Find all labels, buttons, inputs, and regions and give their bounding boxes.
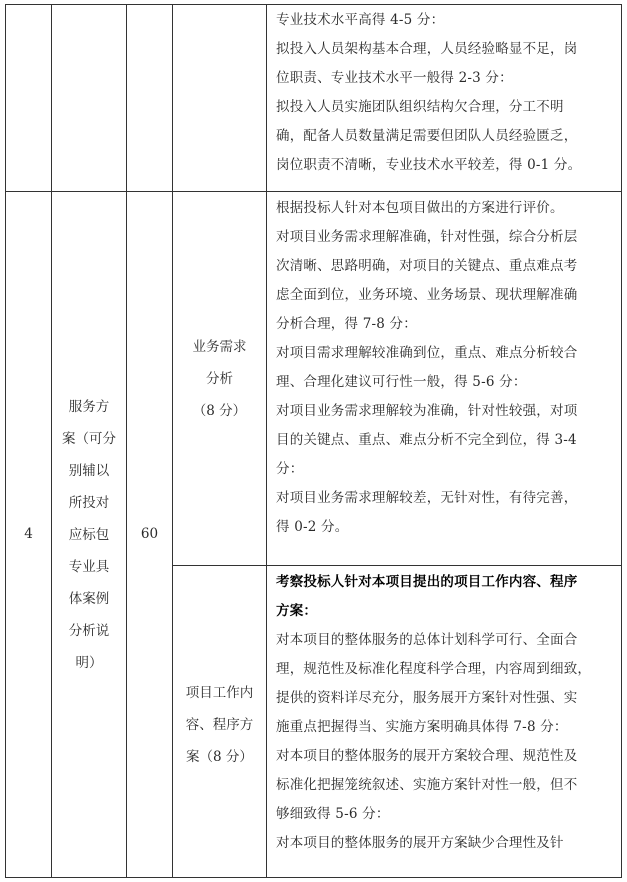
scoring-table: 专业技术水平高得 4-5 分： 拟投入人员架构基本合理，人员经验略显不足，岗 位… (5, 4, 622, 878)
subitem-name-line: 案（8 分） (173, 741, 266, 773)
category-line: 专业具 (62, 551, 116, 583)
row-index: 4 (24, 520, 33, 549)
category-line: 明） (62, 647, 116, 679)
criteria-line: 虑全面到位，业务环境、业务场景、现状理解准确 (276, 281, 615, 310)
subitem-name: 业务需求 分析 （8 分） (193, 331, 247, 427)
row-index-cell: 4 (6, 192, 51, 877)
criteria-line: 理，规范性及标准化程度科学合理，内容周到细致， (276, 655, 615, 684)
criteria-heading-line: 方案： (276, 597, 615, 626)
subitem-name: 项目工作内 容、程序方 案（8 分） (173, 677, 266, 773)
criteria-line: 位职责、专业技术水平一般得 2-3 分： (276, 64, 615, 93)
criteria-line: 理、合理化建议可行性一般，得 5-6 分： (276, 368, 615, 397)
criteria-line: 次清晰、思路明确，对项目的关键点、重点难点考 (276, 252, 615, 281)
criteria-line: 对项目业务需求理解准确，针对性强，综合分析层 (276, 223, 615, 252)
column-divider (266, 5, 267, 877)
criteria-line: 专业技术水平高得 4-5 分： (276, 6, 615, 35)
continuation-criteria-cell: 专业技术水平高得 4-5 分： 拟投入人员架构基本合理，人员经验略显不足，岗 位… (268, 5, 621, 191)
subitem-name-line: 分析 (193, 363, 247, 395)
criteria-line: 够细致得 5-6 分： (276, 800, 615, 829)
criteria-line: 标准化把握笼统叙述、实施方案针对性一般，但不 (276, 771, 615, 800)
criteria-line: 拟投入人员架构基本合理，人员经验略显不足，岗 (276, 35, 615, 64)
subitem-name-line: 项目工作内 (173, 677, 266, 709)
score-value: 60 (141, 520, 158, 549)
sub-row-divider (172, 565, 621, 566)
criteria-line: 拟投入人员实施团队组织结构欠合理，分工不明 (276, 93, 615, 122)
subitem-name-line: （8 分） (193, 395, 247, 427)
category-line: 分析说 (62, 615, 116, 647)
subitem-criteria-cell: 根据投标人针对本包项目做出的方案进行评价。 对项目业务需求理解准确，针对性强，综… (268, 193, 621, 565)
category-line: 案（可分 (62, 423, 116, 455)
criteria-line: 分析合理，得 7-8 分： (276, 310, 615, 339)
criteria-line: 对项目业务需求理解较为准确，针对性较强，对项 (276, 397, 615, 426)
criteria-line: 对项目业务需求理解较差，无针对性，有待完善， (276, 484, 615, 513)
criteria-line: 目的关键点、重点、难点分析不完全到位，得 3-4 (276, 426, 615, 455)
criteria-heading-line: 考察投标人针对本项目提出的项目工作内容、程序 (276, 568, 615, 597)
subitem-name-cell: 项目工作内 容、程序方 案（8 分） (173, 567, 266, 877)
category-line: 所投对 (62, 487, 116, 519)
criteria-line: 岗位职责不清晰，专业技术水平较差，得 0-1 分。 (276, 151, 615, 180)
criteria-line: 对本项目的整体服务的展开方案缺少合理性及针 (276, 829, 615, 858)
criteria-line: 确，配备人员数量满足需要但团队人员经验匮乏， (276, 122, 615, 151)
criteria-line: 施重点把握得当、实施方案明确具体得 7-8 分： (276, 713, 615, 742)
category-line: 服务方 (62, 391, 116, 423)
category-name: 服务方 案（可分 别辅以 所投对 应标包 专业具 体案例 分析说 明） (62, 391, 116, 679)
criteria-line: 对本项目的整体服务的展开方案较合理、规范性及 (276, 742, 615, 771)
category-cell: 服务方 案（可分 别辅以 所投对 应标包 专业具 体案例 分析说 明） (52, 192, 126, 877)
subitem-name-cell: 业务需求 分析 （8 分） (173, 192, 266, 565)
subitem-criteria-cell: 考察投标人针对本项目提出的项目工作内容、程序 方案： 对本项目的整体服务的总体计… (268, 567, 621, 877)
criteria-line: 分： (276, 455, 615, 484)
criteria-line: 对项目需求理解较准确到位，重点、难点分析较合 (276, 339, 615, 368)
criteria-line: 提供的资料详尽充分，服务展开方案针对性强、实 (276, 684, 615, 713)
subitem-name-line: 业务需求 (193, 331, 247, 363)
category-line: 别辅以 (62, 455, 116, 487)
subitem-name-line: 容、程序方 (173, 709, 266, 741)
criteria-line: 根据投标人针对本包项目做出的方案进行评价。 (276, 194, 615, 223)
criteria-line: 得 0-2 分。 (276, 513, 615, 542)
criteria-line: 对本项目的整体服务的总体计划科学可行、全面合 (276, 626, 615, 655)
score-cell: 60 (127, 192, 172, 877)
category-line: 体案例 (62, 583, 116, 615)
category-line: 应标包 (62, 519, 116, 551)
